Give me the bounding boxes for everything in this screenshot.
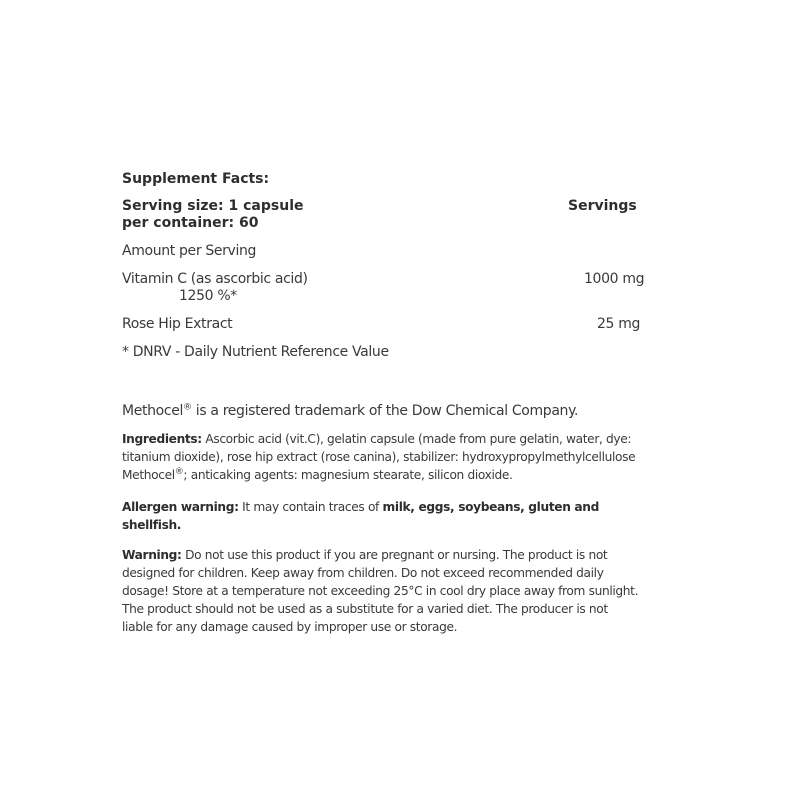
serving-size: Serving size: 1 capsule	[122, 198, 304, 214]
nutrient-name: Rose Hip Extract	[122, 316, 232, 332]
ingredients-label: Ingredients:	[122, 432, 202, 446]
dnrv-footnote: * DNRV - Daily Nutrient Reference Value	[122, 344, 389, 360]
allergen-label: Allergen warning:	[122, 500, 239, 514]
nutrient-name: Vitamin C (as ascorbic acid)	[122, 271, 308, 287]
trademark-notice: Methocel® is a registered trademark of t…	[122, 403, 578, 419]
servings-label: Servings	[568, 198, 637, 214]
nutrient-daily-value: 1250 %*	[179, 288, 237, 304]
warning-label: Warning:	[122, 548, 182, 562]
nutrient-amount: 1000 mg	[584, 271, 644, 287]
facts-title: Supplement Facts:	[122, 171, 269, 187]
warning-section: Warning: Do not use this product if you …	[122, 546, 642, 636]
allergen-warning: Allergen warning: It may contain traces …	[122, 498, 642, 534]
servings-per-container: per container: 60	[122, 215, 258, 231]
ingredients-section: Ingredients: Ascorbic acid (vit.C), gela…	[122, 430, 642, 484]
amount-per-serving: Amount per Serving	[122, 243, 256, 259]
nutrient-amount: 25 mg	[597, 316, 640, 332]
